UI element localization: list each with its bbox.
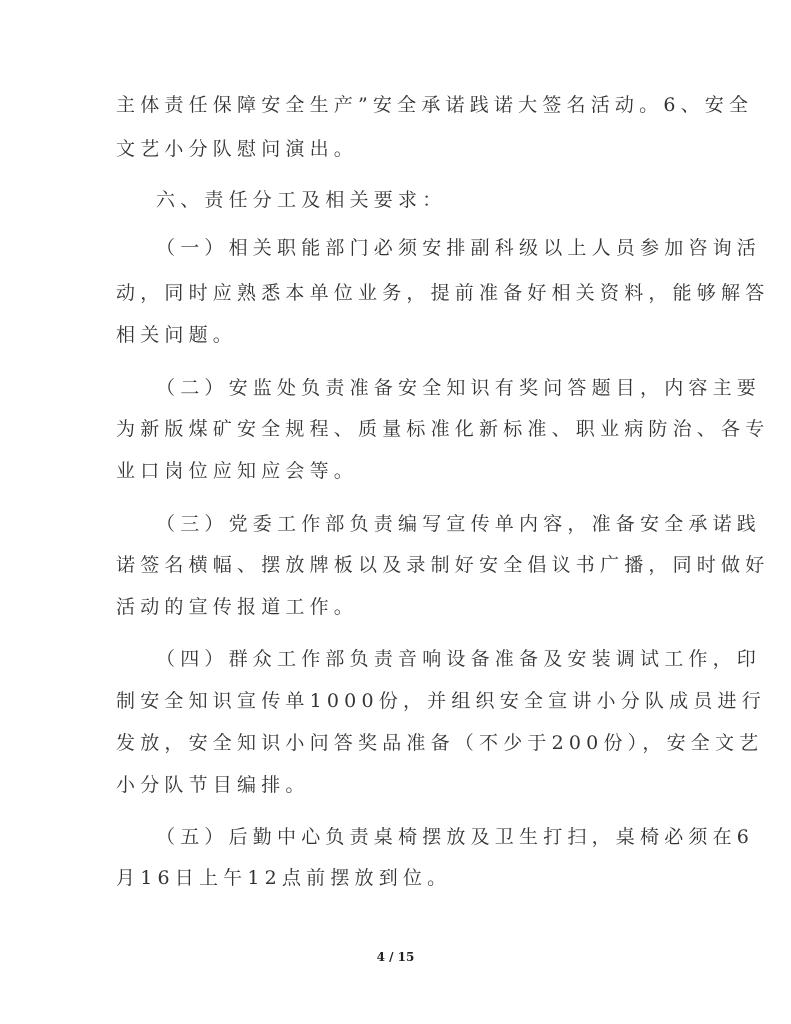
text-line: 相关问题。 <box>116 323 237 347</box>
text-line: 主体责任保障安全生产”安全承诺践诺大签名活动。6、安全 <box>116 93 753 117</box>
page-number: 4 / 15 <box>0 950 791 964</box>
text-line: （一）相关职能部门必须安排副科级以上人员参加咨询活 <box>156 236 761 260</box>
section-heading: 六、责任分工及相关要求： <box>156 188 446 212</box>
text-line: （二）安监处负责准备安全知识有奖问答题目，内容主要 <box>156 376 761 400</box>
text-line: 诺签名横幅、摆放牌板以及录制好安全倡议书广播，同时做好 <box>116 553 769 577</box>
text-line: 文艺小分队慰问演出。 <box>116 137 358 161</box>
text-line: （五）后勤中心负责桌椅摆放及卫生打扫，桌椅必须在6 <box>156 825 754 849</box>
text-line: 发放，安全知识小问答奖品准备（不少于200份），安全文艺 <box>116 731 763 755</box>
text-line: 活动的宣传报道工作。 <box>116 595 358 619</box>
document-page: 主体责任保障安全生产”安全承诺践诺大签名活动。6、安全 文艺小分队慰问演出。 六… <box>0 0 791 1024</box>
text-line: 为新版煤矿安全规程、质量标准化新标准、职业病防治、各专 <box>116 417 769 441</box>
text-line: （三）党委工作部负责编写宣传单内容，准备安全承诺践 <box>156 512 761 536</box>
text-line: 小分队节目编排。 <box>116 773 310 797</box>
text-line: 动，同时应熟悉本单位业务，提前准备好相关资料，能够解答 <box>116 281 769 305</box>
text-line: 月16日上午12点前摆放到位。 <box>116 866 451 890</box>
text-line: 制安全知识宣传单1000份，并组织安全宣讲小分队成员进行 <box>116 689 766 713</box>
text-line: （四）群众工作部负责音响设备准备及安装调试工作，印 <box>156 647 761 671</box>
text-line: 业口岗位应知应会等。 <box>116 459 358 483</box>
